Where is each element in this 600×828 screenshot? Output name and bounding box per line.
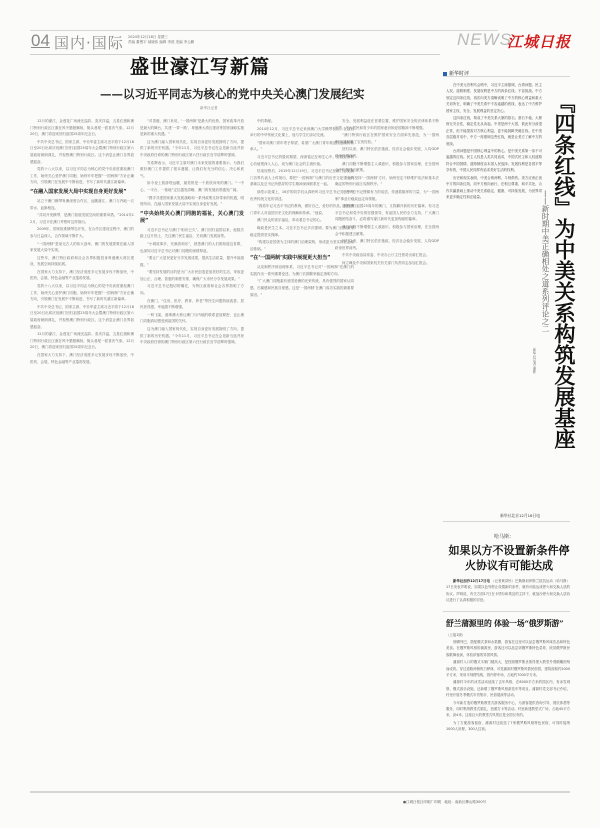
section-title: 国内·国际	[54, 32, 124, 53]
paragraph: 蒲源村今年的冰雪活动延续了去年风格，在8000平方米的园区内，有冰雪城堡、俄式游…	[446, 679, 570, 698]
article-column-4: 安全、发展利益放在首要位置，维护国家安全的法律体系不断完善，广大居民和青少年的国…	[335, 118, 439, 267]
footer-divider	[30, 791, 570, 793]
masthead: 04 国内·国际 2024年12月18日 星期三 责编 董俊宇 郝晓伟 编辑 李…	[30, 30, 498, 51]
shulan-body: 细嚼列巴，搭配俄式茶和水果糖，游客在这里可以品尝俄罗斯风味饮品和特色美食。在俄罗…	[446, 639, 570, 734]
paragraph: 习近平总书记殷切的嘱托，为特区政府和社会各界指明了方向。	[140, 283, 244, 296]
paragraph: 蒲源村入口的俄式木制门楼高大，是按照俄罗斯圣彼得堡大教堂外观精雕细刻而成的。穿过…	[446, 659, 570, 678]
main-byline: 新华社记者	[200, 106, 218, 111]
printer-credit: ●江城日报社印刷厂印刷	[403, 800, 441, 804]
commentary-subtitle: ——新时期中美正确相处之道系列评论之二	[540, 190, 551, 333]
paragraph: 在中美元首利马会晤中，习近平主席强调，台湾问题、民主人权、道路制度、发展权利是中…	[446, 82, 542, 114]
paragraph: 这为澳门融入国家现代化，实现自身更好发展指明了方向，提供了新的历史机遇。“今年1…	[140, 326, 244, 346]
paragraph: “澳门特别行政区在维护国家安全方面率先垂范，为‘一国两制’实践积累了宝贵经验。”	[335, 132, 439, 145]
paragraph: 2009年，国家批准横琴岛开发，在合作区建设过程中，澳门的参与日益深入，合作领域…	[30, 226, 134, 239]
paragraph: 历史和现实表明，中美合则两利、斗则俱伤。美方应该正视中方的四条红线，同中方相向而…	[446, 175, 542, 201]
hamas-body: 新华社加沙12月17日电 （记者黄泽民）巴勒斯坦伊斯兰抵抗运动（哈马斯）17日发…	[446, 578, 570, 604]
paragraph: 这些年，澳门特区政府和社会各界积极投身粤港澳大湾区建设，发展空间持续拓展。	[30, 255, 134, 268]
paragraph: 在澳门，“住房、医疗、教育、养老”等民生问题持续改善，居民获得感、幸福感不断增强…	[140, 298, 244, 311]
paragraph: 一桥飞架，港珠澳大桥让澳门与内地的联系更加紧密，也让澳门同胞真切感受到祖国的关怀…	[140, 312, 244, 325]
paragraph: 习近平总书记与澳门“相识已久”。澳门回归祖国以来，他数次踏上这片热土，关注澳门民…	[140, 227, 244, 240]
paragraph: “共同开发横琴，是澳门拓展发展空间的重要举措。”2014年12月，习近平在澳门考…	[30, 212, 134, 225]
article-column-1: 12月的濠江，金莲花广场流光溢彩、喜庆洋溢，五星红旗和澳门特别行政区区旗在风中猎…	[30, 118, 134, 366]
paragraph: 今年新打造的俄罗斯教堂式游客服务中心，为游客提供咨询引导、餐饮休憩等服务，同时集…	[446, 700, 570, 719]
paragraph: 在国家大力支持下，澳门经济适度多元发展步伐不断加快，中医药、会展、特色金融等产业…	[30, 269, 134, 282]
section-subheading: “中央始终关心澳门同胞的福祉，关心澳门发展”	[140, 211, 244, 225]
newspaper-logo: 江城日报	[507, 31, 571, 52]
page-number: 04	[31, 31, 50, 51]
main-subheadline: ——以习近平同志为核心的党中央关心澳门发展纪实	[100, 86, 440, 102]
paragraph: 如今登上旅游塔远眺，最美的是一个欣欣向荣的澳门。“一中心、一平台、一基地”定位越…	[140, 180, 244, 193]
paragraph: 迎来回归祖国25周年的澳门，又将翻开新的历史篇章。有习近平总书记和党中央的坚强领…	[335, 203, 439, 223]
paragraph: 中共中央总书记、国家主席、中央军委主席习近平将于12月18日至20日出席庆祝澳门…	[30, 304, 134, 330]
paragraph: 在国家大力支持下，澳门经济适度多元发展步伐不断加快，中医药、会展、特色金融等产业…	[30, 352, 134, 365]
paragraph: 站立于澳门横琴粤澳深度合作区，远眺濠江，澳门与内地一衣带水、血脉相连。	[30, 198, 134, 211]
paragraph: “对香港、澳门来说，‘一国两制’是最大的优势，国家改革开放是最大的舞台，共建‘一…	[140, 118, 244, 138]
paragraph: 安全、发展利益放在首要位置，维护国家安全的法律体系不断完善，广大居民和青少年的国…	[335, 118, 439, 131]
article-column-2: “对香港、澳门来说，‘一国两制’是最大的优势，国家改革开放是最大的舞台，共建‘一…	[140, 118, 244, 347]
paragraph: 细嚼列巴，搭配俄式茶和水果糖，游客在这里可以品尝俄罗斯风味饮品和特色美食。在俄罗…	[446, 639, 570, 658]
hamas-headline: 如果以方不设置新条件停火协议有可能达成	[448, 543, 570, 573]
paragraph: 澳门同胞不断增强主人翁意识，积极参与国家治理，在全国两会中积极建言献策。	[335, 161, 439, 174]
paragraph: 这为澳门融入国家现代化，实现自身更好发展指明了方向，提供了新的历史机遇。“今年1…	[140, 139, 244, 159]
paragraph: 党的十八大以来，以习近平同志为核心的党中央高度重视澳门工作，始终关心爱护澳门同胞…	[30, 166, 134, 186]
paragraph: “要让广大居民更好分享发展成果，提高生活质量，提升幸福指数。”	[140, 255, 244, 268]
address: 地址：南新区攀山路300号	[444, 800, 486, 804]
paragraph: 中共中央政治局常委、中央办公厅主任蔡奇出席汇报会。	[335, 252, 439, 259]
paragraph: 党的十八大以来，以习近平同志为核心的党中央高度重视澳门工作，始终关心爱护澳门同胞…	[30, 283, 134, 303]
paragraph: “小城故事多，充满喜和乐”，熟悉澳门的人们都知道这首歌，也深知习近平总书记对澳门…	[140, 241, 244, 254]
paragraph: “一国两制”是前无古人的伟大创举，澳门的发展需要在融入国家发展大局中实现。	[30, 241, 134, 254]
paragraph: 12月的濠江，金莲花广场流光溢彩、喜庆洋溢，五星红旗和澳门特别行政区区旗在风中猎…	[30, 118, 134, 138]
dateline: 新华社加沙12月17日电	[453, 579, 490, 583]
paragraph: 这四条红线，构成了中美关系大厦的基石。基石不稳，大厦则无安全性，稳定性无从谈起。…	[446, 115, 542, 147]
paragraph: 为了方便游客留宿，蒲源村还改造了7家俄罗斯风格特色民宿，可同时接纳1000人用餐…	[446, 720, 570, 733]
divider	[443, 76, 570, 77]
hamas-kicker: 哈马斯：	[494, 533, 514, 540]
continued-from-note: （上接1版）	[446, 632, 465, 637]
section-subheading: “在融入国家发展大局中实现自身更好发展”	[30, 189, 134, 196]
square-bullet-icon	[443, 72, 447, 76]
paragraph: 何立峰及中央和国家机关有关部门负责同志参加汇报会。	[335, 260, 439, 267]
paragraph: 回归以来，澳门特区依法施政，经济社会稳步发展，人均GDP跻身世界前列。	[335, 238, 439, 251]
paragraph: 12月的濠江，金莲花广场流光溢彩、喜庆洋溢，五星红旗和澳门特别行政区区旗在风中猎…	[30, 331, 134, 351]
paragraph: “要始终坚持‘一国两制’方针，始终坚定不移维护宪法和基本法确定的特别行政区宪制秩…	[335, 175, 439, 188]
footer-imprint: ●江城日报社印刷厂印刷 地址：南新区攀山路300号	[403, 800, 486, 805]
paragraph: 澳门同胞不断增强主人翁意识，积极参与国家治理，在全国两会中积极建言献策。	[335, 224, 439, 237]
divider	[443, 611, 570, 612]
paragraph: 习近平总书记铿锵有力的话语，传递着雄浑的力量，为“一国两制”事业行稳致远定向领航…	[335, 189, 439, 202]
masthead-meta: 2024年12月18日 星期三 责编 董俊宇 郝晓伟 编辑 李波 美编 李云鹏	[128, 35, 328, 45]
paragraph: “要坚持发展的目的是为广大市民创造更加美好的生活，采取更加公正、合理、普惠的制度…	[140, 269, 244, 282]
commentary-body: 在中美元首利马会晤中，习近平主席强调，台湾问题、民主人权、道路制度、发展权利是中…	[446, 82, 542, 201]
paragraph: “广大澳门同胞素有爱国爱澳的光荣传统，具有强烈的国家认同感、归属感和民族自豪感，…	[250, 278, 354, 298]
paragraph: 岑浩辉表示，习近平主席对澳门未来发展的重要指示，为我们做好澳门工作提供了根本遵循…	[140, 160, 244, 180]
paragraph: 台湾问题是中国核心利益中的核心，是中美关系第一条不可逾越的红线。民主人权是人类共…	[446, 148, 542, 174]
paragraph: 回归以来，澳门特区依法施政，经济社会稳步发展，人均GDP跻身世界前列。	[335, 146, 439, 159]
commentary-author: 新华社记者 谢彬	[533, 348, 538, 374]
news-logo-word: NEWS	[457, 30, 512, 50]
paragraph: “携手共建国家重大发展战略和一系列政策支持带来的机遇，明势所向，在融入国家发展大…	[140, 195, 244, 208]
commentary-dateline: 新华社北京12月16日电	[500, 513, 540, 519]
paragraph: 中共中央总书记、国家主席、中央军委主席习近平将于12月18日至20日出席庆祝澳门…	[30, 139, 134, 165]
divider	[443, 521, 570, 522]
shulan-headline: 舒兰蒲源里的 体验一场“俄罗斯游”	[446, 618, 574, 629]
editors-credit: 责编 董俊宇 郝晓伟 编辑 李波 美编 李云鹏	[128, 40, 328, 45]
commentary-title: 『四条红线』为中美关系构筑发展基座	[553, 92, 575, 449]
main-headline: 盛世濠江写新篇	[130, 52, 430, 79]
